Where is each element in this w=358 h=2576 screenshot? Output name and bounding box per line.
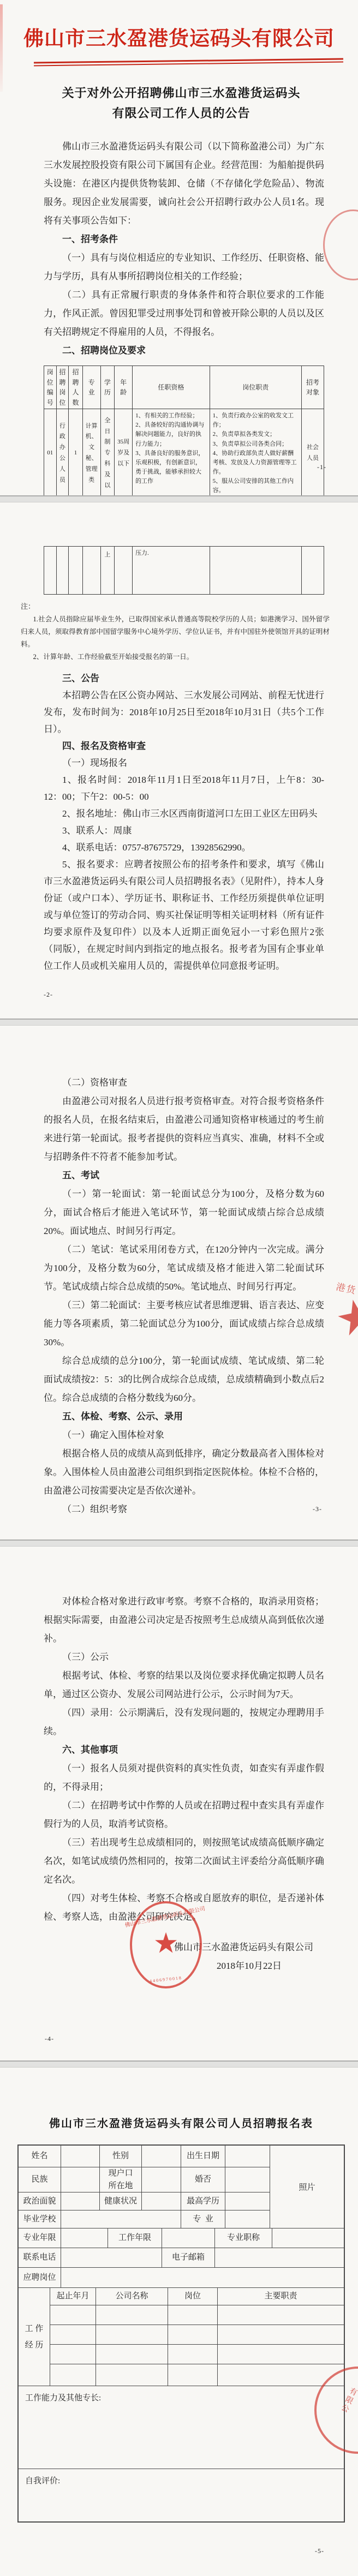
section-5b-sub-2-heading: （二）组织考察 bbox=[44, 1500, 324, 1519]
job-table-continuation-row: 上 压力. bbox=[44, 547, 324, 595]
job-table-header-row: 岗位编号 招聘岗位 招聘人数 专业 学历 年龄 任职资格 岗位职责 招考对象 bbox=[44, 366, 324, 409]
section-2-heading: 二、招聘岗位及要求 bbox=[44, 342, 324, 360]
label-pro-title: 专业职称 bbox=[215, 2228, 272, 2248]
label-school: 毕业学校 bbox=[19, 2210, 61, 2228]
label-work-years: 工作年限 bbox=[108, 2228, 162, 2248]
section-1-item-2: （二）具有正常履行职责的身体条件和符合职位要求的工作能力，作风正派。曾因犯罪受过… bbox=[44, 286, 324, 342]
col-header-duties: 岗位职责 bbox=[210, 366, 301, 409]
photo-label: 照片 bbox=[299, 2181, 315, 2192]
field-political bbox=[61, 2192, 100, 2210]
document-title-line1: 关于对外公开招聘佛山市三水盈港货运码头 bbox=[11, 83, 351, 103]
page-break bbox=[0, 495, 358, 502]
label-birth: 出生日期 bbox=[181, 2146, 225, 2167]
field-marital bbox=[225, 2167, 270, 2192]
label-period: 起止年月 bbox=[50, 2288, 96, 2305]
section-6-item-1: （一）报名人员须对提供资料的真实性负责，如查实有弄虚作假的，不得录用； bbox=[44, 1759, 324, 1796]
col-header-code: 岗位编号 bbox=[44, 366, 57, 409]
label-ability: 工作能力及其他专长: bbox=[25, 2394, 101, 2403]
section-4-item-1: 1、报名时间：2018年11月1日至2018年11月7日，上午8：30-12：0… bbox=[44, 771, 324, 805]
field-email bbox=[215, 2248, 344, 2268]
section-5-heading: 五、考试 bbox=[44, 1166, 324, 1185]
partial-seal-stamp bbox=[323, 209, 358, 280]
col-header-count: 招聘人数 bbox=[69, 366, 83, 409]
cell-empty bbox=[301, 547, 324, 595]
label-email: 电子邮箱 bbox=[162, 2248, 215, 2268]
scan-edge-artifact bbox=[0, 4, 3, 92]
field-company bbox=[96, 2325, 168, 2345]
page-break bbox=[0, 1539, 358, 1547]
label-position: 应聘岗位 bbox=[19, 2268, 61, 2288]
job-requirements-table: 岗位编号 招聘岗位 招聘人数 专业 学历 年龄 任职资格 岗位职责 招考对象 0… bbox=[44, 366, 324, 495]
cell-empty bbox=[115, 547, 133, 595]
label-duty: 主要职责 bbox=[218, 2288, 344, 2305]
section-6-item-3: （三）若出现考生总成绩相同的，则按照笔试成绩高低顺序确定名次，如笔试成绩仍然相同… bbox=[44, 1834, 324, 1889]
sub-3-heading: （三）公示 bbox=[44, 1648, 324, 1667]
seal-star-icon: ★ bbox=[153, 1927, 179, 1960]
section-5-item-3: （三）第二轮面试：主要考核应试者思维逻辑、语言表达、应变能力等各项素质，第二轮面… bbox=[44, 1296, 324, 1352]
page-3: （二）资格审查 由盈港公司对报名人员进行报考资格审查。对符合报考资格条件的报名人… bbox=[0, 1026, 358, 1539]
section-4-sub-1: （一）现场报名 bbox=[44, 754, 324, 771]
cell-count: 1 bbox=[69, 409, 83, 495]
company-seal-stamp: 佛山市三水盈港货运码头有限公司 ★ 4406970018 bbox=[130, 1901, 202, 1988]
label-post: 岗位 bbox=[168, 2288, 218, 2305]
col-header-target: 招考对象 bbox=[301, 366, 324, 409]
field-position bbox=[61, 2268, 344, 2288]
field-phone bbox=[61, 2248, 162, 2268]
label-major: 专 业 bbox=[181, 2210, 225, 2228]
field-education bbox=[225, 2192, 270, 2210]
letterhead-rule bbox=[34, 58, 343, 67]
col-header-qualifications: 任职资格 bbox=[133, 366, 210, 409]
label-marital: 婚否 bbox=[181, 2167, 225, 2192]
label-company: 公司名称 bbox=[96, 2288, 168, 2305]
cell-empty bbox=[82, 547, 100, 595]
page-5: 佛山市三水盈港货运码头有限公司人员招聘报名表 姓名 性别 出生日期 民族 bbox=[0, 2068, 358, 2576]
field-work-years bbox=[162, 2228, 215, 2248]
section-5-item-1: （一）第一轮面试：第一轮面试总分为100分，及格分数为60分，面试合格后才能进入… bbox=[44, 1185, 324, 1241]
cell-duties: 1、负责行政办公室的收发文工作； 2、负责草拟各类发文； 3、负责草拟公司各类合… bbox=[210, 409, 301, 495]
section-4-item-3: 3、联系人：周康 bbox=[44, 822, 324, 839]
section-6-item-2: （二）在招聘考试中作弊的人员或在招聘过程中查实具有弄虚作假行为的人员，取消考试资… bbox=[44, 1796, 324, 1834]
note-2: 2、计算年龄、工作经验截至开始接受报名的第一日。 bbox=[21, 651, 330, 663]
cell-empty bbox=[44, 547, 57, 595]
section-4-sub-2-body: 由盈港公司对报名人员进行报考资格审查。对符合报考资格条件的报名人员，在报名结束后… bbox=[44, 1092, 324, 1166]
page-number: -5- bbox=[315, 2547, 324, 2555]
cell-degree-cont: 上 bbox=[100, 547, 115, 595]
field-period bbox=[50, 2364, 96, 2386]
application-form: 姓名 性别 出生日期 民族 现户口所在地 婚否 bbox=[17, 2144, 345, 2523]
field-company bbox=[96, 2345, 168, 2364]
field-gender bbox=[142, 2146, 181, 2167]
field-period bbox=[50, 2305, 96, 2325]
inspection-body: 对体检合格对象进行政审考察。考察不合格的，取消录用资格；根据实际需要，由盈港公司… bbox=[44, 1592, 324, 1648]
field-duty bbox=[218, 2305, 344, 2325]
field-duty bbox=[218, 2345, 344, 2364]
photo-box: 照片 bbox=[270, 2146, 344, 2228]
field-period bbox=[50, 2345, 96, 2364]
field-post bbox=[168, 2364, 218, 2386]
field-birth bbox=[225, 2146, 270, 2167]
page-number: -4- bbox=[45, 2035, 54, 2043]
section-4-item-4: 4、联系电话：0757-87675729，13928562990。 bbox=[44, 839, 324, 856]
col-header-post: 招聘岗位 bbox=[56, 366, 69, 409]
section-5-item-2: （二）笔试：笔试采用闭卷方式，在120分钟内一次完成。满分为100分，及格分数为… bbox=[44, 1241, 324, 1296]
field-post bbox=[168, 2305, 218, 2325]
form-top-block: 姓名 性别 出生日期 民族 现户口所在地 婚否 bbox=[19, 2146, 344, 2228]
field-name bbox=[61, 2146, 100, 2167]
page-number: -2- bbox=[44, 991, 53, 999]
field-major-years bbox=[61, 2228, 108, 2248]
cell-code: 01 bbox=[44, 409, 57, 495]
field-post bbox=[168, 2345, 218, 2364]
sub-3-body: 根据考试、体检、考察的结果以及岗位要求择优确定拟聘人员名单，通过区公资办、发展公… bbox=[44, 1667, 324, 1704]
field-period bbox=[50, 2325, 96, 2345]
work-experience-block: 工 作 经 历 起止年月 公司名称 岗位 主要职责 bbox=[19, 2288, 344, 2386]
field-residence bbox=[142, 2167, 181, 2192]
label-phone: 联系电话 bbox=[19, 2248, 61, 2268]
section-5b-sub-1-heading: （一）确定入围体检对象 bbox=[44, 1426, 324, 1445]
page-1: 佛山市三水盈港货运码头有限公司 关于对外公开招聘佛山市三水盈港货运码头 有限公司… bbox=[0, 0, 358, 495]
document-title-line2: 有限公司工作人员的公告 bbox=[11, 103, 351, 123]
section-4-heading: 四、报名及资格审查 bbox=[44, 738, 324, 754]
col-header-major: 专业 bbox=[82, 366, 100, 409]
cell-major: 计算机、文秘、管理类 bbox=[82, 409, 100, 495]
cell-empty bbox=[69, 547, 83, 595]
field-pro-title bbox=[272, 2228, 344, 2248]
page-break bbox=[0, 2060, 358, 2068]
field-duty bbox=[218, 2325, 344, 2345]
section-4-item-5: 5、报名要求：应聘者按照公布的招考条件和要求，填写《佛山市三水盈港货运码头有限公… bbox=[44, 856, 324, 974]
page-4: 对体检合格对象进行政审考察。考察不合格的，取消录用资格；根据实际需要，由盈港公司… bbox=[0, 1547, 358, 2060]
page-number: -1- bbox=[317, 463, 326, 471]
field-school bbox=[61, 2210, 181, 2228]
label-political: 政治面貌 bbox=[19, 2192, 61, 2210]
cell-qualifications-cont: 压力. bbox=[133, 547, 210, 595]
cell-empty bbox=[56, 547, 69, 595]
self-evaluation-box: 自我评价: bbox=[19, 2469, 344, 2521]
letterhead-company-name: 佛山市三水盈港货运码头有限公司 bbox=[0, 22, 358, 51]
field-company bbox=[96, 2364, 168, 2386]
section-4-item-2: 2、报名地址：佛山市三水区西南街道河口左田工业区左田码头 bbox=[44, 805, 324, 822]
section-1-heading: 一、招考条件 bbox=[44, 230, 324, 249]
field-major bbox=[225, 2210, 270, 2228]
form-title: 佛山市三水盈港货运码头有限公司人员招聘报名表 bbox=[17, 2114, 345, 2130]
ability-box: 工作能力及其他专长: bbox=[19, 2386, 344, 2469]
seal-star-icon: ★ bbox=[331, 1290, 358, 1345]
cell-age: 35周岁及以下 bbox=[115, 409, 133, 495]
label-name: 姓名 bbox=[19, 2146, 61, 2167]
section-6-heading: 六、其他事项 bbox=[44, 1741, 324, 1759]
cell-degree: 全日制专科及以 bbox=[100, 409, 115, 495]
cell-empty bbox=[210, 547, 301, 595]
label-residence: 现户口所在地 bbox=[100, 2167, 142, 2192]
note-1: 1.社会人员指除应届毕业生外，已取得国家承认普通高等院校学历的人员；如港澳学习、… bbox=[21, 613, 330, 651]
cell-target: 社会人员 bbox=[301, 409, 324, 495]
job-table-continuation: 上 压力. bbox=[44, 546, 324, 595]
col-header-degree: 学历 bbox=[100, 366, 115, 409]
page-number: -3- bbox=[313, 1505, 322, 1513]
label-gender: 性别 bbox=[100, 2146, 142, 2167]
section-4-sub-2-heading: （二）资格审查 bbox=[44, 1074, 324, 1092]
page-break bbox=[0, 1019, 358, 1026]
field-ethnic bbox=[61, 2167, 100, 2192]
label-major-years: 专业年限 bbox=[19, 2228, 61, 2248]
page-2: 上 压力. 注： 1.社会人员指除应届毕业生外，已取得国家承认普通高等院校学历的… bbox=[0, 502, 358, 1019]
label-health: 健康状况 bbox=[100, 2192, 142, 2210]
seal-serial-number: 4406970018 bbox=[132, 1974, 200, 1986]
section-3-body: 本招聘公告在区公资办网站、三水发展公司网站、前程无忧进行发布，发布时间为：201… bbox=[44, 687, 324, 738]
section-5-item-4: 综合总成绩的总分100分，第一轮面试成绩、笔试成绩、第二轮面试成绩按2：5：3的… bbox=[44, 1352, 324, 1407]
section-5b-heading: 五、体检、考察、公示、录用 bbox=[44, 1407, 324, 1426]
cell-qualifications: 1、有相关的工作经验； 2、具备较好的沟通协调与解决问题能力，良好的执行力能力；… bbox=[133, 409, 210, 495]
field-health bbox=[142, 2192, 181, 2210]
sub-4-body: （四）录用：公示期满后，没有发现问题的，按规定办理聘用手续。 bbox=[44, 1704, 324, 1741]
scanned-document: 佛山市三水盈港货运码头有限公司 关于对外公开招聘佛山市三水盈港货运码头 有限公司… bbox=[0, 0, 358, 2576]
section-5b-sub-1-body: 根据合格人员的成绩从高到低排序，确定分数最高者入围体检对象。入围体检人员由盈港公… bbox=[44, 1445, 324, 1500]
section-1-item-1: （一）具有与岗位相适应的专业知识、工作经历、任职资格、能力与学历，具有从事所招聘… bbox=[44, 249, 324, 286]
label-work-experience: 工 作 经 历 bbox=[19, 2288, 50, 2386]
label-ethnic: 民族 bbox=[19, 2167, 61, 2192]
field-company bbox=[96, 2305, 168, 2325]
label-self-evaluation: 自我评价: bbox=[25, 2477, 60, 2485]
section-3-heading: 三、公告 bbox=[44, 670, 324, 687]
cell-post: 行政办公人员 bbox=[56, 409, 69, 495]
intro-paragraph: 佛山市三水盈港货运码头有限公司（以下简称盈港公司）为广东三水发展控股投资有限公司… bbox=[44, 137, 324, 230]
col-header-age: 年龄 bbox=[115, 366, 133, 409]
document-title: 关于对外公开招聘佛山市三水盈港货运码头 有限公司工作人员的公告 bbox=[11, 83, 351, 123]
field-post bbox=[168, 2325, 218, 2345]
notes-heading: 注： bbox=[21, 600, 324, 613]
job-table-row: 01 行政办公人员 1 计算机、文秘、管理类 全日制专科及以 35周岁及以下 1… bbox=[44, 409, 324, 495]
label-education: 最高学历 bbox=[181, 2192, 225, 2210]
